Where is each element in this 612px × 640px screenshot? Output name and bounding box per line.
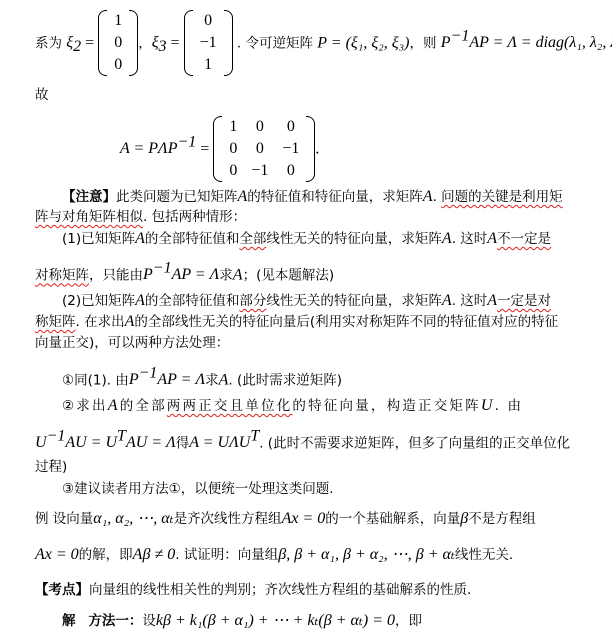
xi3-symbol: ξ3 (152, 34, 167, 51)
spellcheck-underline: 阵与对角矩阵相似 (35, 209, 143, 225)
note-line-1: 【注意】此类问题为已知矩阵A的特征值和特征向量，求矩阵A. 问题的关键是利用矩 (62, 188, 563, 206)
method1-line: ①同(1). 由P−1AP = Λ求A. (此时需求逆矩阵) (62, 365, 342, 389)
solution-line: 解 方法一：设kβ + k₁(β + α₁) + ⋯ + kₜ(β + αₜ) … (62, 612, 422, 630)
case1-line-1: (1)已知矩阵A的全部特征值和全部线性无关的特征向量，求矩阵A. 这时A不一定是 (62, 230, 551, 248)
kaodian-line: 【考点】向量组的线性相关性的判别；齐次线性方程组的基础解系的性质. (35, 581, 471, 599)
method2-line-1: ②求出A的全部两两正交且单位化的特征向量，构造正交矩阵U. 由 (62, 397, 523, 415)
result-matrix: 100 00−1 0−10 (213, 116, 315, 182)
document-page: 系为 ξ2 = 100 ，ξ3 = 0−11 . 令可逆矩阵 P = (ξ₁, … (0, 0, 612, 640)
text: 系为 (35, 35, 62, 51)
xi2-vector: 100 (98, 10, 138, 76)
method3-line: ③建议读者用方法①，以便统一处理这类问题. (62, 480, 334, 498)
formula-lhs: A = PΛP−1 (120, 140, 196, 157)
P-definition: P = (ξ₁, ξ₂, ξ₃) (317, 34, 409, 51)
line-eigenvectors: 系为 ξ2 = 100 ，ξ3 = 0−11 . 令可逆矩阵 P = (ξ₁, … (35, 4, 612, 70)
line-therefore: 故 (35, 86, 49, 104)
case2-line-3: 向量正交)，可以两种方法处理： (35, 334, 229, 352)
note-line-2: 阵与对角矩阵相似. 包括两种情形： (35, 208, 246, 226)
case2-line-2: 称矩阵. 在求出A的全部线性无关的特征向量后(利用实对称矩阵不同的特征值对应的特… (35, 313, 558, 331)
note-label: 【注意】 (62, 189, 116, 205)
case2-line-1: (2)已知矩阵A的全部特征值和部分线性无关的特征向量，求矩阵A. 这时A一定是对 (62, 292, 551, 310)
kaodian-label: 【考点】 (35, 582, 89, 598)
method2-line-2: U−1AU = UTAU = Λ得A = UΛUT. (此时不需要求逆矩阵，但多… (35, 428, 570, 452)
solution-label: 解 (62, 613, 76, 629)
diag-formula: P−1AP = Λ = diag(λ₁, λ₂, λ₃) (441, 34, 612, 51)
method2-line-3: 过程) (35, 458, 67, 476)
xi2-symbol: ξ2 (66, 34, 81, 51)
spellcheck-underline: 问题的关键是利用矩 (441, 189, 563, 205)
formula-A-matrix: A = PΛP−1 = 100 00−1 0−10 . (120, 106, 319, 180)
example-line-2: Ax = 0的解，即Aβ ≠ 0. 试证明：向量组β, β + α₁, β + … (35, 546, 513, 564)
example-line-1: 例 设向量α₁, α₂, ⋯, αₜ是齐次线性方程组Ax = 0的一个基础解系，… (35, 510, 536, 528)
case1-line-2: 对称矩阵，只能由P−1AP = Λ求A；(见本题解法) (35, 260, 334, 284)
xi3-vector: 0−11 (184, 10, 233, 76)
solution-method-label: 方法一： (88, 613, 142, 629)
